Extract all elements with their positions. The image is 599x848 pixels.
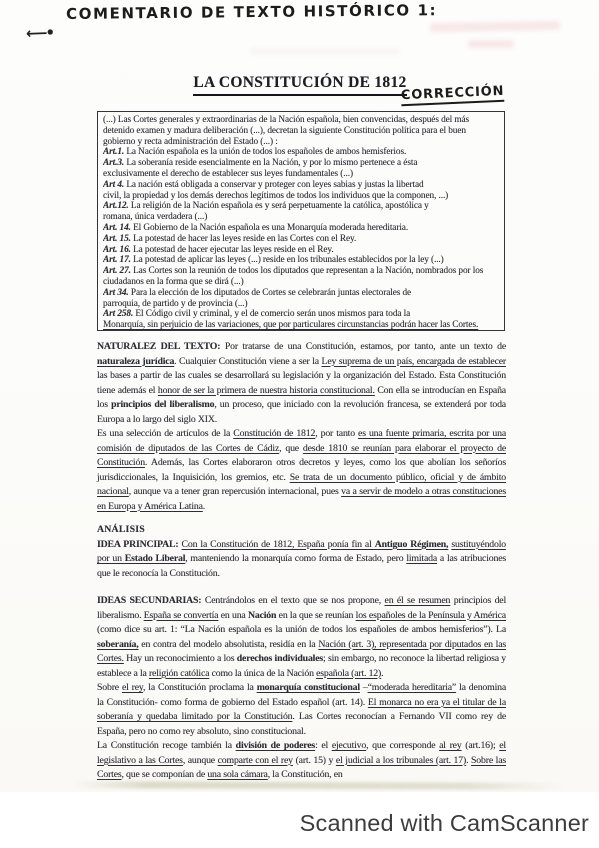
ideas-secundarias-paragraph: IDEAS SECUNDARIAS: Centrándolos en el te… bbox=[97, 594, 506, 681]
sobre-el-rey-paragraph: Sobre el rey, la Constitución proclama l… bbox=[97, 681, 506, 739]
source-box-line: (...) Las Cortes generales y extraordina… bbox=[103, 115, 499, 126]
source-box-line: gobierno y recta administración del Esta… bbox=[103, 137, 499, 148]
scanned-page: COMENTARIO DE TEXTO HISTÓRICO 1: ⟵• LA C… bbox=[0, 0, 599, 792]
source-box-line: Art 4. La nación está obligada a conserv… bbox=[103, 180, 499, 191]
source-text-box: (...) Las Cortes generales y extraordina… bbox=[97, 111, 505, 331]
source-box-line: civil, la propiedad y los demás derechos… bbox=[103, 191, 499, 202]
source-box-line: Monarquía, sin perjuicio de las variacio… bbox=[103, 320, 499, 331]
bleed-through-marks bbox=[468, 40, 514, 48]
bleed-through-marks bbox=[430, 21, 560, 32]
source-box-line: Art.3. La soberanía reside esencialmente… bbox=[103, 158, 499, 169]
source-box-line: Art. 14. El Gobierno de la Nación españo… bbox=[103, 223, 499, 234]
camscanner-footer-label: Scanned with CamScanner bbox=[300, 810, 589, 837]
source-box-line: Art. 17. La potestad de aplicar las leye… bbox=[103, 255, 499, 266]
correction-note: CORRECCIÓN bbox=[401, 84, 505, 106]
naturaleza-paragraph: NATURALEZ DEL TEXTO: Por tratarse de una… bbox=[97, 340, 506, 427]
source-box-line: Art. 27. Las Cortes son la reunión de to… bbox=[103, 266, 499, 277]
source-box-line: Art.1. La Nación española es la unión de… bbox=[103, 147, 499, 158]
arrow-icon: ⟵• bbox=[26, 24, 54, 43]
idea-principal-paragraph: IDEA PRINCIPAL: Con la Constitución de 1… bbox=[97, 538, 506, 582]
page-title: LA CONSTITUCIÓN DE 1812 bbox=[193, 74, 406, 96]
bleed-through-marks bbox=[250, 48, 400, 55]
division-poderes-paragraph: La Constitución recoge también la divisi… bbox=[97, 739, 506, 783]
source-box-line: Art 258. El Código civil y criminal, y e… bbox=[103, 309, 499, 320]
source-box-line: Art. 16. La potestad de hacer ejecutar l… bbox=[103, 245, 499, 256]
source-box-line: parroquia, de partido y de provincia (..… bbox=[103, 299, 499, 310]
handwritten-header: COMENTARIO DE TEXTO HISTÓRICO 1: bbox=[66, 1, 437, 23]
analysis-heading: ANÁLISIS bbox=[97, 523, 506, 538]
source-box-line: Art 34. Para la elección de los diputado… bbox=[103, 288, 499, 299]
seleccion-paragraph: Es una selección de artículos de la Cons… bbox=[97, 427, 506, 514]
source-box-line: ciudadanos en la forma que se dirá (...) bbox=[103, 277, 499, 288]
source-box-line: Art. 15. La potestad de hacer las leyes … bbox=[103, 234, 499, 245]
source-box-line: detenido examen y madura deliberación (.… bbox=[103, 126, 499, 137]
page-bottom-shadow bbox=[72, 781, 564, 790]
source-box-line: exclusivamente el derecho de establecer … bbox=[103, 169, 499, 180]
commentary-body: NATURALEZ DEL TEXTO: Por tratarse de una… bbox=[97, 340, 506, 783]
source-box-line: Art.12. La religión de la Nación español… bbox=[103, 201, 499, 212]
source-box-line: romana, única verdadera (...) bbox=[103, 212, 499, 223]
